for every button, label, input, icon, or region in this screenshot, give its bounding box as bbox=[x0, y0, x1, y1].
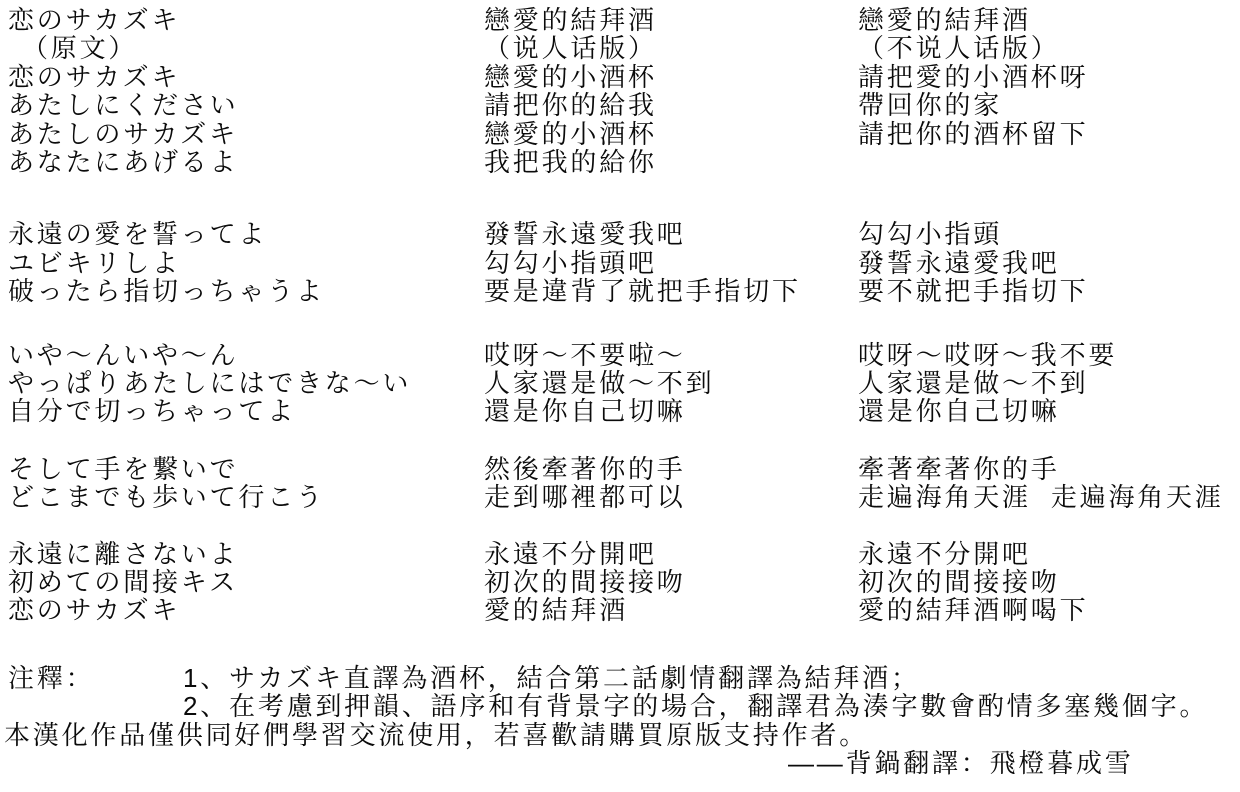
lyric-line: いや～んいや～ん bbox=[8, 341, 411, 369]
column-plain-version: 戀愛的結拜酒 （说人话版） 戀愛的小酒杯 請把你的給我 戀愛的小酒杯 我把我的給… bbox=[484, 6, 801, 625]
lyric-line: 永遠に離さないよ bbox=[8, 540, 411, 568]
lyric-line: 人家還是做～不到 bbox=[858, 369, 1224, 397]
lyric-line: 永遠不分開吧 bbox=[858, 540, 1224, 568]
lyric-line: やっぱりあたしにはできな～い bbox=[8, 369, 411, 397]
lyric-line: 走到哪裡都可以 bbox=[484, 483, 801, 511]
lyric-line: 還是你自己切嘛 bbox=[858, 397, 1224, 425]
lyric-line: 破ったら指切っちゃうよ bbox=[8, 277, 411, 305]
note-item-2: 2、在考慮到押韻、語序和有背景字的場合，翻譯君為湊字數會酌情多塞幾個字。 bbox=[183, 692, 1208, 720]
lyric-line: 勾勾小指頭 bbox=[858, 220, 1224, 248]
lyric-line: 永遠の愛を誓ってよ bbox=[8, 220, 411, 248]
note-item-1: 1、サカズキ直譯為酒杯，結合第二話劇情翻譯為結拜酒； bbox=[183, 664, 920, 692]
lyric-line: どこまでも歩いて行こう bbox=[8, 483, 411, 511]
lyric-line: 恋のサカズキ bbox=[8, 63, 411, 91]
lyric-line: あたしのサカズキ bbox=[8, 120, 411, 148]
lyric-line: 初次的間接接吻 bbox=[484, 568, 801, 596]
lyric-line: 請把你的酒杯留下 bbox=[858, 120, 1224, 148]
lyric-line: あなたにあげるよ bbox=[8, 148, 411, 176]
lyric-line: あたしにください bbox=[8, 91, 411, 119]
stanza-1: 恋のサカズキ あたしにください あたしのサカズキ あなたにあげるよ bbox=[8, 63, 411, 177]
lyric-line: 帶回你的家 bbox=[858, 91, 1224, 119]
lyric-line: 愛的結拜酒 bbox=[484, 596, 801, 624]
lyric-line: 要不就把手指切下 bbox=[858, 277, 1224, 305]
lyric-line: ユビキリしよ bbox=[8, 249, 411, 277]
lyric-line: 哎呀～不要啦～ bbox=[484, 341, 801, 369]
column-title: 恋のサカズキ bbox=[8, 6, 411, 34]
footnote-row: 2、在考慮到押韻、語序和有背景字的場合，翻譯君為湊字數會酌情多塞幾個字。 bbox=[0, 692, 1240, 720]
column-subtitle: （原文） bbox=[8, 34, 411, 62]
stanza-3: 哎呀～不要啦～ 人家還是做～不到 還是你自己切嘛 bbox=[484, 341, 801, 426]
lyric-line: 哎呀～哎呀～我不要 bbox=[858, 341, 1224, 369]
lyric-line: 要是違背了就把手指切下 bbox=[484, 277, 801, 305]
column-title: 戀愛的結拜酒 bbox=[484, 6, 801, 34]
lyric-line: 發誓永遠愛我吧 bbox=[858, 249, 1224, 277]
lyric-line: 請把你的給我 bbox=[484, 91, 801, 119]
stanza-3: いや～んいや～ん やっぱりあたしにはできな～い 自分で切っちゃってよ bbox=[8, 341, 411, 426]
stanza-2: 發誓永遠愛我吧 勾勾小指頭吧 要是違背了就把手指切下 bbox=[484, 220, 801, 305]
footnotes: 注釋： 1、サカズキ直譯為酒杯，結合第二話劇情翻譯為結拜酒； 2、在考慮到押韻、… bbox=[0, 664, 1240, 778]
column-subtitle: （说人话版） bbox=[484, 34, 801, 62]
stanza-5: 永遠不分開吧 初次的間接接吻 愛的結拜酒 bbox=[484, 540, 801, 625]
column-original: 恋のサカズキ （原文） 恋のサカズキ あたしにください あたしのサカズキ あなた… bbox=[8, 6, 411, 625]
lyric-line: 人家還是做～不到 bbox=[484, 369, 801, 397]
stanza-2: 永遠の愛を誓ってよ ユビキリしよ 破ったら指切っちゃうよ bbox=[8, 220, 411, 305]
stanza-4: 然後牽著你的手 走到哪裡都可以 bbox=[484, 455, 801, 512]
stanza-4: 牽著牽著你的手 走遍海角天涯 走遍海角天涯 bbox=[858, 455, 1224, 512]
translator-credit: ——背鍋翻譯：飛橙暮成雪 bbox=[788, 749, 1134, 777]
lyric-line: 請把愛的小酒杯呀 bbox=[858, 63, 1224, 91]
lyric-line: 然後牽著你的手 bbox=[484, 455, 801, 483]
notes-label: 注釋： bbox=[8, 664, 94, 692]
lyric-line: 發誓永遠愛我吧 bbox=[484, 220, 801, 248]
stanza-5: 永遠に離さないよ 初めての間接キス 恋のサカズキ bbox=[8, 540, 411, 625]
stanza-1: 戀愛的小酒杯 請把你的給我 戀愛的小酒杯 我把我的給你 bbox=[484, 63, 801, 177]
stanza-2: 勾勾小指頭 發誓永遠愛我吧 要不就把手指切下 bbox=[858, 220, 1224, 305]
lyric-line: 走遍海角天涯 走遍海角天涯 bbox=[858, 483, 1224, 511]
lyric-line: 還是你自己切嘛 bbox=[484, 397, 801, 425]
lyric-line: 自分で切っちゃってよ bbox=[8, 397, 411, 425]
lyric-line: 勾勾小指頭吧 bbox=[484, 249, 801, 277]
footnote-row: ——背鍋翻譯：飛橙暮成雪 bbox=[0, 749, 1240, 777]
stanza-4: そして手を繋いで どこまでも歩いて行こう bbox=[8, 455, 411, 512]
column-title: 戀愛的結拜酒 bbox=[858, 6, 1224, 34]
lyric-line: 愛的結拜酒啊喝下 bbox=[858, 596, 1224, 624]
lyric-line: 戀愛的小酒杯 bbox=[484, 120, 801, 148]
disclaimer: 本漢化作品僅供同好們學習交流使用，若喜歡請購買原版支持作者。 bbox=[4, 721, 868, 749]
lyric-line: 永遠不分開吧 bbox=[484, 540, 801, 568]
lyric-line: 恋のサカズキ bbox=[8, 596, 411, 624]
lyric-line: 初めての間接キス bbox=[8, 568, 411, 596]
lyric-line: 初次的間接接吻 bbox=[858, 568, 1224, 596]
lyric-line: そして手を繋いで bbox=[8, 455, 411, 483]
translation-sheet: 恋のサカズキ （原文） 恋のサカズキ あたしにください あたしのサカズキ あなた… bbox=[0, 0, 1240, 792]
stanza-3: 哎呀～哎呀～我不要 人家還是做～不到 還是你自己切嘛 bbox=[858, 341, 1224, 426]
lyric-line: 戀愛的小酒杯 bbox=[484, 63, 801, 91]
column-subtitle: （不说人话版） bbox=[858, 34, 1224, 62]
stanza-5: 永遠不分開吧 初次的間接接吻 愛的結拜酒啊喝下 bbox=[858, 540, 1224, 625]
footnote-row: 本漢化作品僅供同好們學習交流使用，若喜歡請購買原版支持作者。 bbox=[0, 721, 1240, 749]
lyric-line: 牽著牽著你的手 bbox=[858, 455, 1224, 483]
stanza-1: 請把愛的小酒杯呀 帶回你的家 請把你的酒杯留下 bbox=[858, 63, 1224, 177]
column-literal-version: 戀愛的結拜酒 （不说人话版） 請把愛的小酒杯呀 帶回你的家 請把你的酒杯留下 勾… bbox=[858, 6, 1224, 625]
footnote-row: 注釋： 1、サカズキ直譯為酒杯，結合第二話劇情翻譯為結拜酒； bbox=[0, 664, 1240, 692]
lyric-line: 我把我的給你 bbox=[484, 148, 801, 176]
